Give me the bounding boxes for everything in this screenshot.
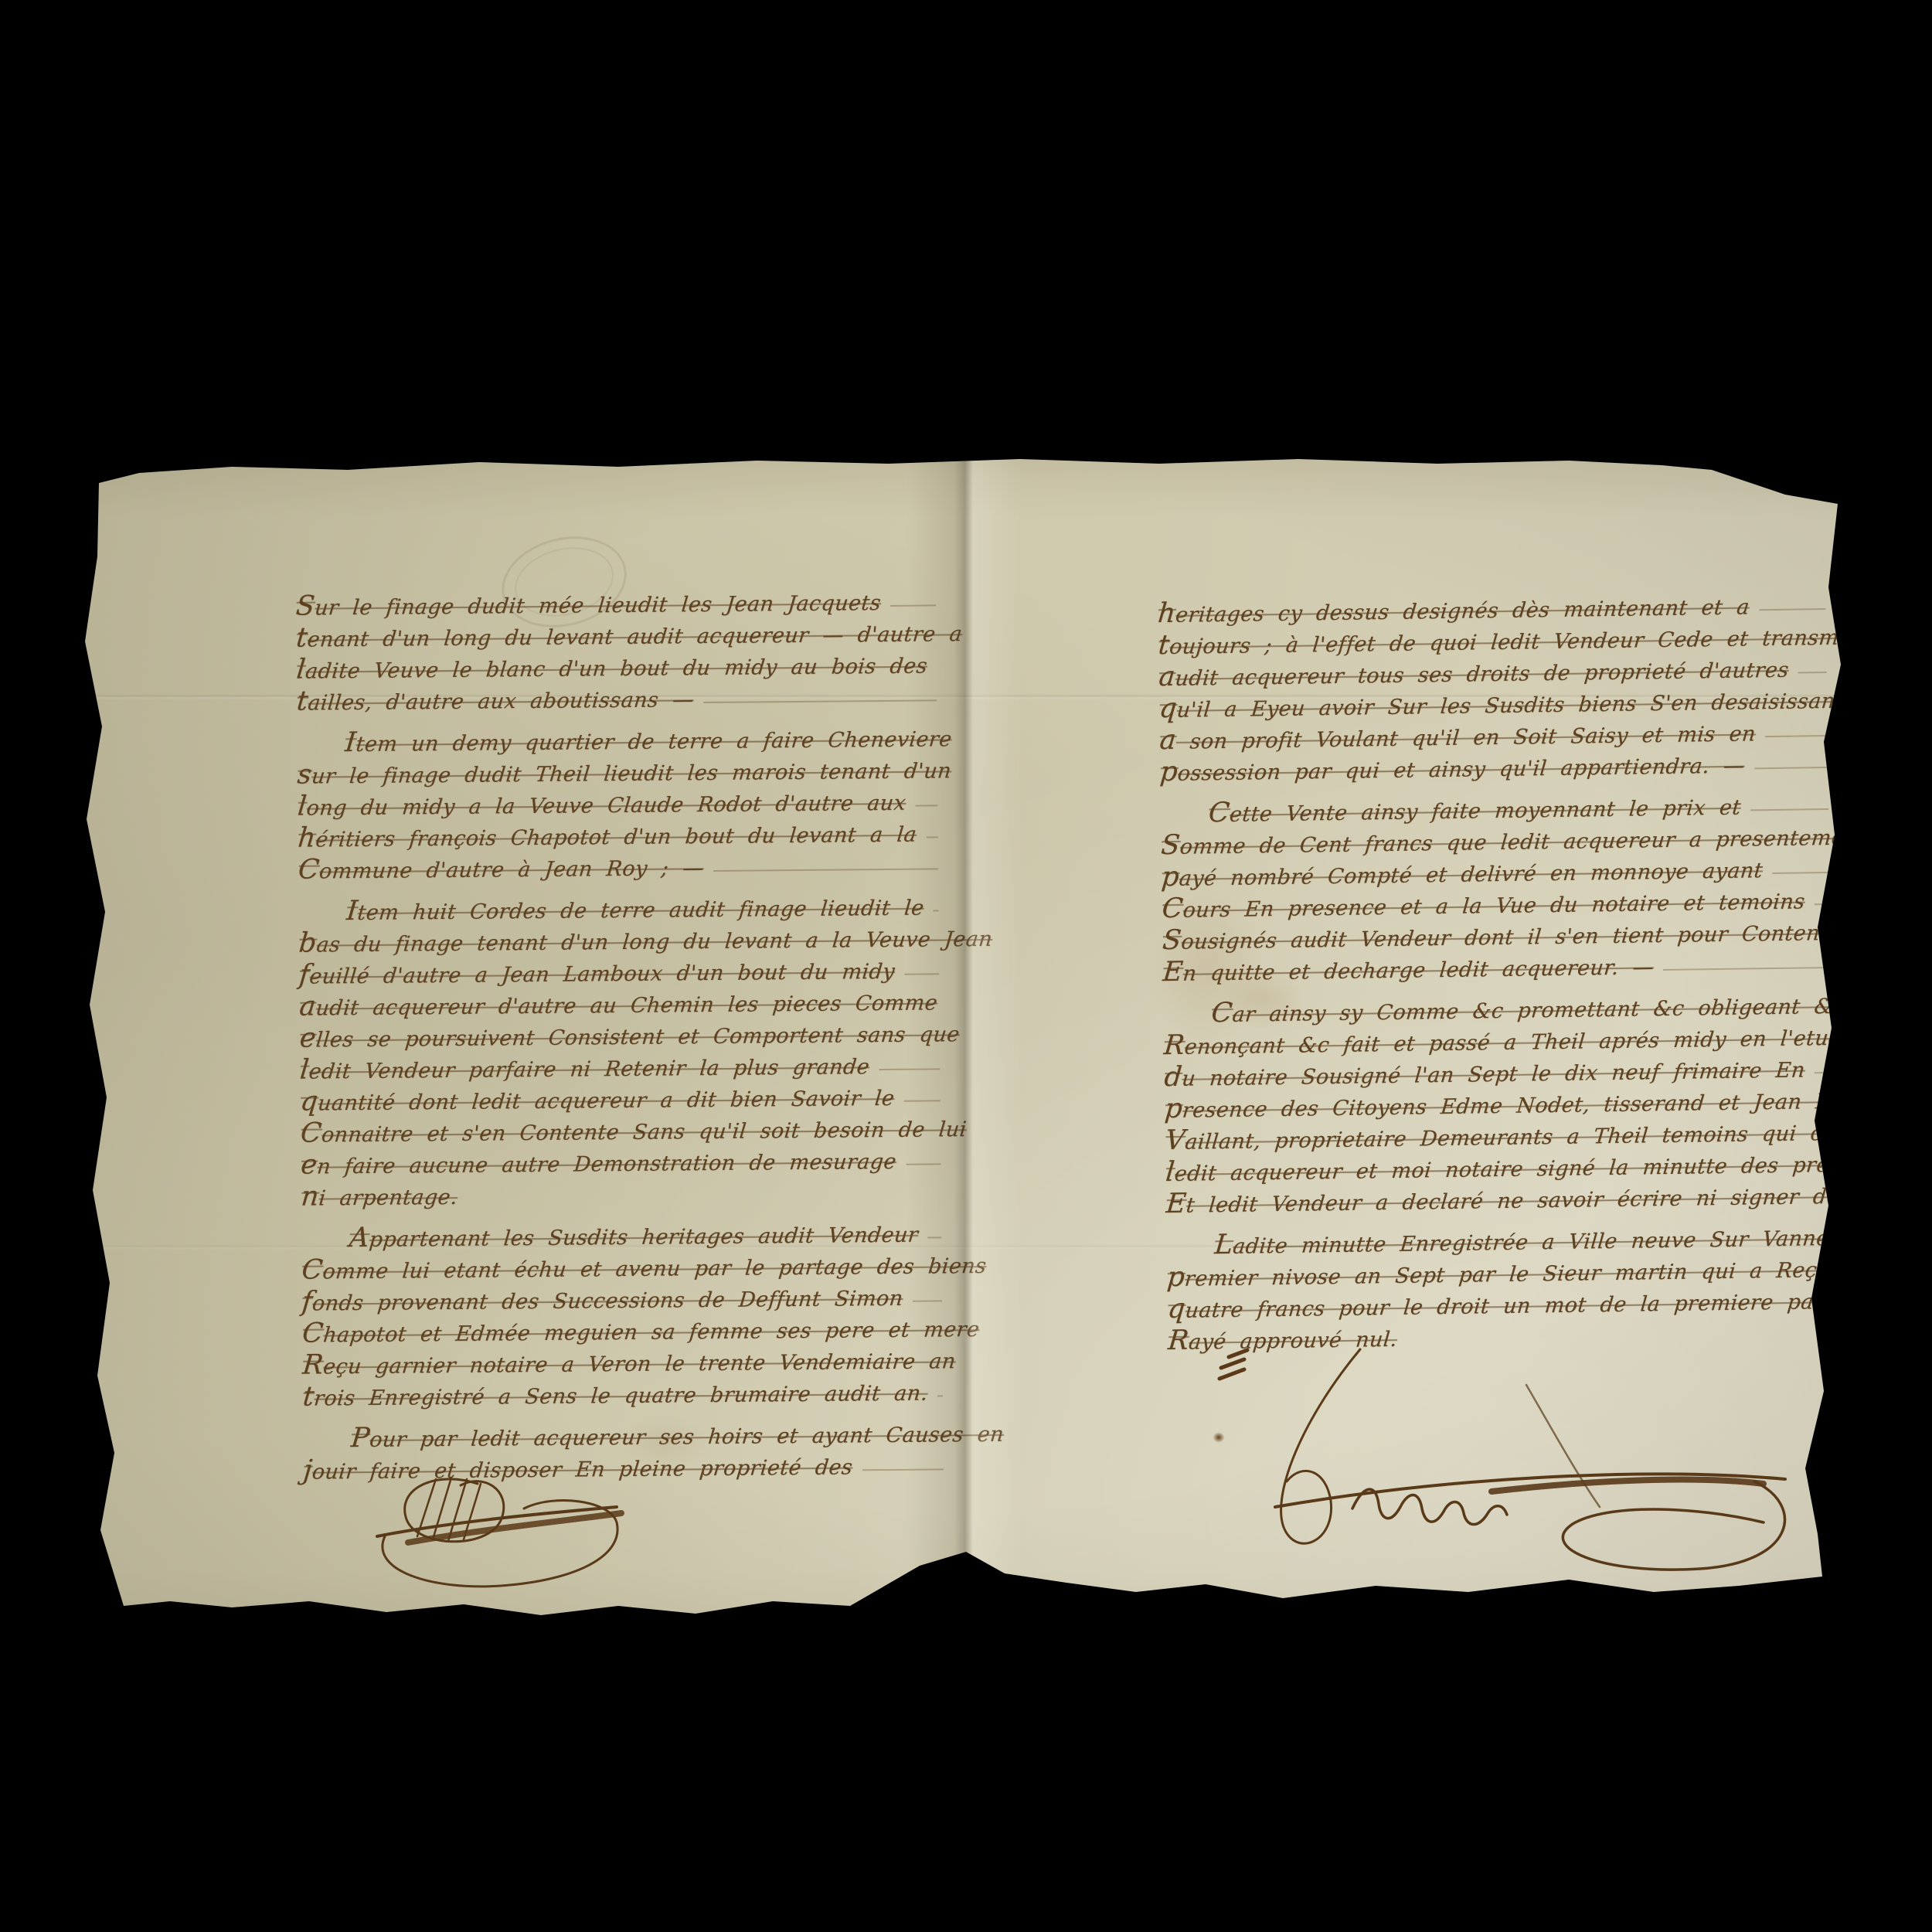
manuscript-line: Comme lui etant échu et avenu par le par… [301, 1248, 944, 1285]
manuscript-line: héritiers françois Chapotot d'un bout du… [298, 816, 941, 853]
manuscript-line-text: Item un demy quartier de terre a faire C… [344, 721, 954, 758]
paragraph: Pour par ledit acquereur ses hoirs et ay… [303, 1417, 947, 1485]
paragraph: Item un demy quartier de terre a faire C… [298, 721, 942, 885]
manuscript-line-text: Item huit Cordes de terre audit finage l… [345, 890, 926, 927]
left-page-text: Sur le finage dudit mée lieudit les Jean… [296, 584, 947, 1485]
manuscript-line-text: fonds provenant des Successions de Deffu… [301, 1281, 905, 1318]
manuscript-line-text: En quitte et decharge ledit acquereur. — [1162, 949, 1655, 988]
manuscript-line: tenant d'un long du levant audit acquere… [296, 616, 939, 653]
manuscript-line-text: Rayé approuvé nul. [1167, 1321, 1399, 1356]
manuscript-line-text: ladite Veuve le blanc d'un bout du midy … [295, 648, 929, 685]
manuscript-line: en faire aucune autre Demonstration de m… [301, 1143, 944, 1180]
manuscript-line: ledit Vendeur parfaire ni Retenir la plu… [300, 1048, 943, 1085]
manuscript-line-text: en faire aucune autre Demonstration de m… [299, 1144, 898, 1181]
manuscript-line: elles se poursuivent Consistent et Compo… [300, 1016, 943, 1053]
manuscript-line: ni arpentage. [301, 1175, 944, 1212]
manuscript-line: bas du finage tenant d'un long du levant… [299, 921, 942, 958]
manuscript-line: Sur le finage dudit mée lieudit les Jean… [296, 584, 939, 621]
manuscript-line: Item huit Cordes de terre audit finage l… [298, 889, 941, 927]
paragraph: Ladite minutte Enregistrée a Ville neuve… [1167, 1220, 1839, 1356]
manuscript-line-text: ni arpentage. [300, 1179, 459, 1213]
manuscript-line: ladite Veuve le blanc d'un bout du midy … [297, 648, 940, 685]
manuscript-line: audit acquereur d'autre au Chemin les pi… [299, 985, 942, 1022]
manuscript-line: Item un demy quartier de terre a faire C… [298, 721, 940, 758]
manuscript-line: Pour par ledit acquereur ses hoirs et ay… [303, 1417, 946, 1454]
paragraph: heritages cy dessus designés dès mainten… [1158, 588, 1831, 787]
manuscript-line-text: Pour par ledit acquereur ses hoirs et ay… [350, 1417, 1006, 1454]
right-page-text: heritages cy dessus designés dès mainten… [1158, 588, 1839, 1356]
manuscript-line-text: feuillé d'autre a Jean Lamboux d'un bout… [298, 954, 896, 991]
paragraph: Sur le finage dudit mée lieudit les Jean… [296, 584, 940, 716]
manuscript-line: Reçu garnier notaire a Veron le trente V… [303, 1343, 946, 1380]
manuscript-line-text: quantité dont ledit acquereur a dit bien… [299, 1080, 896, 1117]
manuscript-line-text: trois Enregistré a Sens le quatre brumai… [301, 1376, 930, 1413]
manuscript-line-text: tailles, d'autre aux aboutissans — [295, 682, 696, 717]
manuscript-line: trois Enregistré a Sens le quatre brumai… [303, 1375, 946, 1412]
manuscript-line: feuillé d'autre a Jean Lamboux d'un bout… [299, 953, 942, 990]
manuscript-line: Appartenant les Susdits heritages audit … [301, 1216, 944, 1253]
manuscript-line-text: Appartenant les Susdits heritages audit … [348, 1217, 920, 1253]
manuscript-line-text: héritiers françois Chapotot d'un bout du… [297, 817, 919, 854]
notary-signature-flourish [1105, 1338, 1886, 1586]
manuscript-line-text: audit acquereur d'autre au Chemin les pi… [298, 985, 940, 1022]
manuscript-line: long du midy a la Veuve Claude Rodot d'a… [298, 784, 940, 821]
paragraph: Car ainsy sy Comme &c promettant &c obli… [1163, 988, 1837, 1219]
paragraph: Item huit Cordes de terre audit finage l… [298, 889, 944, 1212]
manuscript-line-text: jouir faire et disposer En pleine propri… [302, 1449, 855, 1485]
paragraph: Appartenant les Susdits heritages audit … [301, 1216, 946, 1412]
manuscript-line: tailles, d'autre aux aboutissans — [297, 679, 940, 716]
manuscript-line: Chapotot et Edmée meguien sa femme ses p… [302, 1311, 945, 1349]
manuscript-line: Commune d'autre à Jean Roy ; — [298, 848, 941, 885]
manuscript-line-text: ledit Vendeur parfaire ni Retenir la plu… [298, 1049, 871, 1085]
manuscript-line-text: Sur le finage dudit mée lieudit les Jean… [294, 585, 883, 622]
paragraph: Cette Vente ainsy faite moyennant le pri… [1161, 788, 1834, 988]
manuscript-line: fonds provenant des Successions de Deffu… [302, 1280, 945, 1317]
manuscript-line: sur le finage dudit Theil lieudit les ma… [298, 753, 940, 790]
manuscript-line: jouir faire et disposer En pleine propri… [304, 1448, 947, 1485]
manuscript-paper: Sur le finage dudit mée lieudit les Jean… [77, 457, 1851, 1654]
manuscript-line-text: Commune d'autre à Jean Roy ; — [297, 850, 706, 886]
manuscript-line: Connaitre et s'en Contente Sans qu'il so… [301, 1111, 944, 1148]
ink-spot-stain [1212, 1431, 1226, 1444]
manuscript-line-text: long du midy a la Veuve Claude Rodot d'a… [296, 785, 907, 822]
manuscript-line: quantité dont ledit acquereur a dit bien… [301, 1080, 944, 1117]
